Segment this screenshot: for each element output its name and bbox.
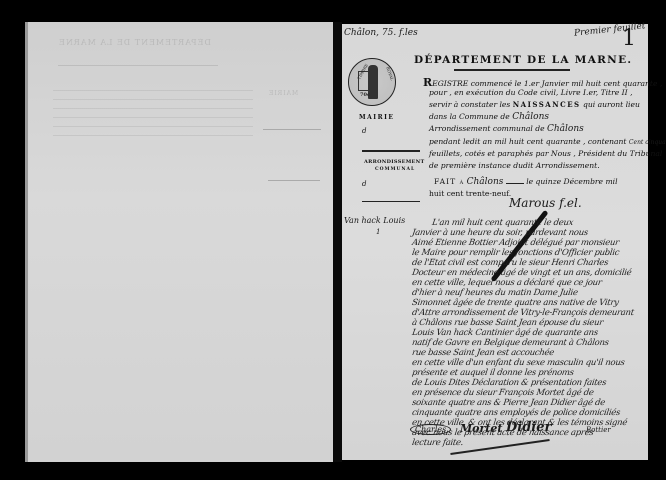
register-line-5: Arrondissement communal de Châlons [429, 124, 584, 134]
royal-stamp-seal: TIMBRE ROYAL 70c [348, 58, 396, 106]
handwritten-entry: L'an mil huit cent quarante le deux Janv… [412, 218, 644, 448]
margin-note-name: Van hack Louis [344, 216, 405, 225]
ghost-rule [58, 65, 218, 66]
register-line-8: de première instance dudit Arrondissemen… [429, 161, 600, 170]
sidebar-rule [362, 150, 420, 152]
register-line-6: pendant ledit an mil huit cent quarante … [429, 137, 666, 146]
signature-mortet: Mortet [460, 422, 502, 435]
margin-note-number: 1 [376, 228, 380, 236]
right-page-recto: Châlon, 75. f.les Premier feuillet 1 DÉP… [342, 24, 648, 460]
signature-flourish [450, 439, 549, 455]
president-signature: Marous f.el. [509, 196, 582, 210]
signature-bottier: Bottier [586, 426, 611, 434]
ghost-divider-2 [268, 180, 320, 181]
signatures-row: Charles Mortet Didier Bottier [410, 422, 650, 452]
folio-number: 1 [622, 26, 636, 51]
register-line-4: dans la Commune de Châlons [429, 112, 549, 122]
mairie-d: d [362, 127, 366, 135]
bleed-through-mairie: MAIRIE [268, 90, 298, 97]
sidebar-rule-2 [362, 201, 420, 202]
seal-text-royal: ROYAL [385, 66, 395, 81]
bleed-through-title: DÉPARTEMENT DE LA MARNE [58, 38, 211, 47]
fait-line: FAIT à Châlons le quinze Décembre mil [434, 177, 618, 187]
arrondissement-label: ARRONDISSEMENT [364, 159, 425, 165]
communal-label: COMMUNAL [375, 167, 415, 172]
signature-charles: Charles [410, 424, 451, 435]
register-line-2: pour , en exécution du Code civil, Livre… [429, 88, 632, 97]
seal-value: 70c [360, 92, 370, 98]
page-title: DÉPARTEMENT DE LA MARNE. [414, 54, 632, 66]
title-underline [454, 69, 570, 71]
ghost-text-block [53, 82, 253, 142]
ghost-divider [263, 129, 321, 130]
arrondissement-d: d [362, 180, 366, 188]
left-page-verso: DÉPARTEMENT DE LA MARNE MAIRIE [25, 22, 336, 462]
fait-line-2: huit cent trente-neuf. [429, 189, 511, 198]
book-gutter [333, 22, 342, 462]
top-left-annotation: Châlon, 75. f.les [344, 28, 418, 38]
register-line-3: servir à constater les NAISSANCES qui au… [429, 100, 640, 109]
register-line-7: feuillets, cotés et paraphés par Nous , … [429, 149, 662, 158]
signature-didier: Didier [506, 420, 551, 435]
mairie-label: MAIRIE [359, 114, 394, 121]
